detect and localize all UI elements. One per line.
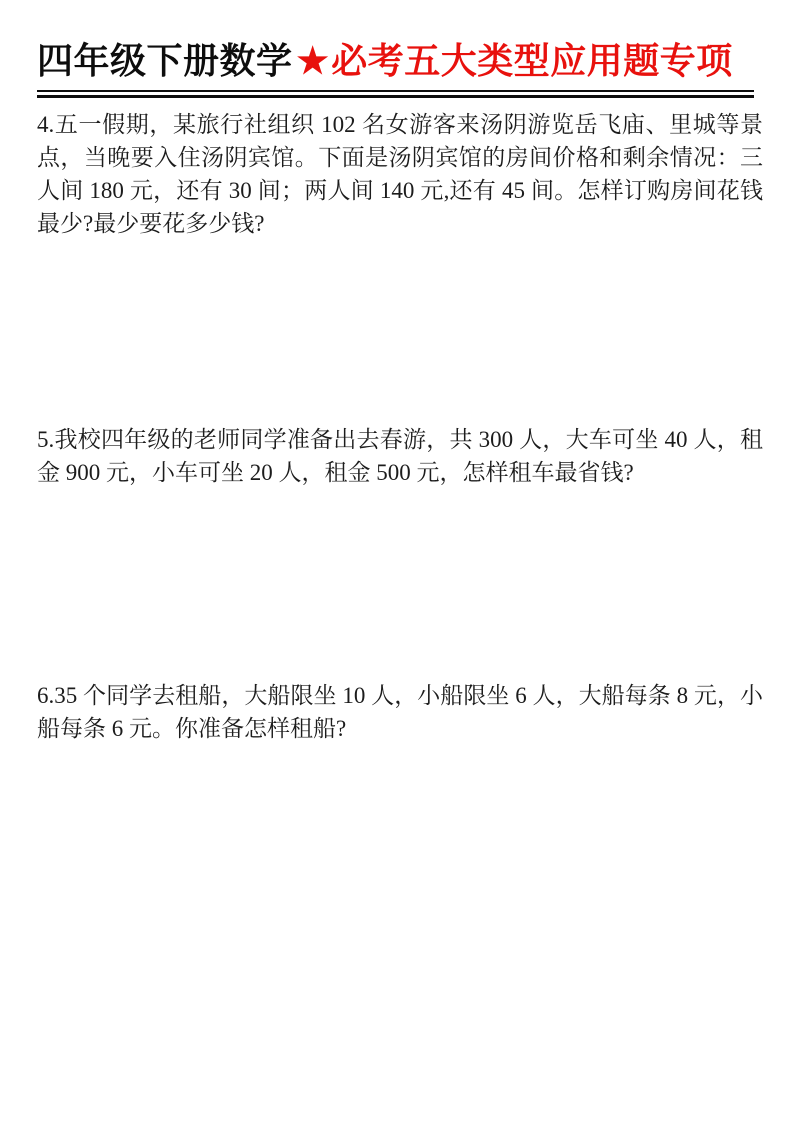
problem-6: 6.35 个同学去租船，大船限坐 10 人，小船限坐 6 人，大船每条 8 元，… [37, 679, 763, 745]
title-text-red: 必考五大类型应用题专项 [331, 41, 733, 81]
problem-4: 4.五一假期，某旅行社组织 102 名女游客来汤阴游览岳飞庙、里城等景点，当晚要… [37, 108, 763, 240]
worksheet-page: 四年级下册数学★必考五大类型应用题专项 4.五一假期，某旅行社组织 102 名女… [0, 0, 793, 1122]
problems-list: 4.五一假期，某旅行社组织 102 名女游客来汤阴游览岳飞庙、里城等景点，当晚要… [37, 108, 763, 745]
title-double-underline [37, 90, 754, 98]
star-icon: ★ [297, 41, 330, 81]
problem-5: 5.我校四年级的老师同学准备出去春游，共 300 人，大车可坐 40 人，租金 … [37, 423, 763, 489]
title-text-black: 四年级下册数学 [37, 41, 293, 81]
worksheet-header: 四年级下册数学★必考五大类型应用题专项 [37, 36, 756, 98]
page-title: 四年级下册数学★必考五大类型应用题专项 [37, 36, 756, 86]
